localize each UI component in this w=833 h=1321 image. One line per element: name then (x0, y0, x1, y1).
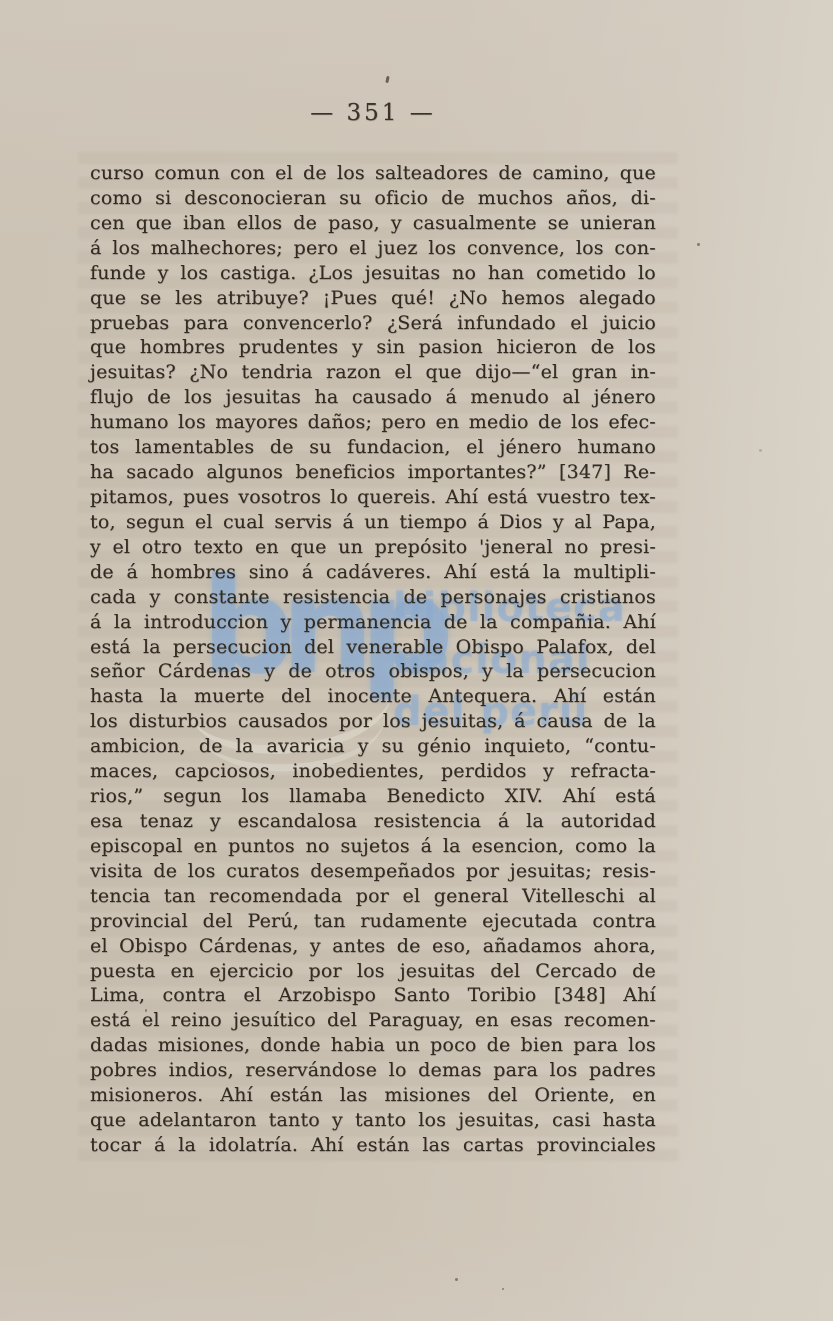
text-line: ambicion,delaavariciaysugénioinquieto,“c… (90, 734, 656, 759)
text-line: losdisturbioscausadosporlosjesuitas,ácau… (90, 709, 656, 734)
text-line: queselesatribuye?¡Puesqué!¿Nohemosalegad… (90, 286, 656, 311)
page-number: — 351 — (90, 100, 656, 126)
text-line: jesuitas?¿Notendriarazonelquedijo—“elgra… (90, 360, 656, 385)
text-line: maces,capciosos,inobedientes,perdidosyre… (90, 759, 656, 784)
text-line: yelotrotextoenqueunprepósito'jeneralnopr… (90, 535, 656, 560)
paper-speck (759, 449, 762, 452)
text-line: flujodelosjesuitashacausadoámenudoaljéne… (90, 385, 656, 410)
text-line: hastalamuertedelinocenteAntequera.Ahíest… (90, 684, 656, 709)
text-line: tenciatanrecomendadaporelgeneralVitelles… (90, 884, 656, 909)
text-line: dadasmisiones,dondehabiaunpocodebienpara… (90, 1033, 656, 1058)
text-line: queadelantarontantoytantolosjesuitas,cas… (90, 1108, 656, 1133)
text-line: cursocomunconeldelossalteadoresdecamino,… (90, 161, 656, 186)
text-line: provincialdelPerú,tanrudamenteejecutadac… (90, 909, 656, 934)
text-line: to,segunelcualservisáuntiempoáDiosyalPap… (90, 510, 656, 535)
scanned-book-page: — 351 — bnp biblioteca nacional del perú… (0, 0, 833, 1321)
text-line: álosmalhechores;peroeljuezlosconvence,lo… (90, 236, 656, 261)
text-line: álaintroduccionypermanenciadelacompañia.… (90, 610, 656, 635)
text-line: episcopalenpuntosnosujetosálaesencion,co… (90, 834, 656, 859)
text-line: deáhombressinoácadáveres.Ahíestálamultip… (90, 560, 656, 585)
text-line: puestaenejercicioporlosjesuitasdelCercad… (90, 959, 656, 984)
text-line: esatenazyescandalosaresistenciaálaautori… (90, 809, 656, 834)
text-line: misioneros.AhíestánlasmisionesdelOriente… (90, 1083, 656, 1108)
paper-speck (697, 243, 700, 246)
text-line: tocarálaidolatría.Ahíestánlascartasprovi… (90, 1133, 656, 1158)
text-line: cadayconstanteresistenciadepersonajescri… (90, 585, 656, 610)
paper-speck (502, 1288, 504, 1290)
text-line: cenqueibanellosdepaso,ycasualmenteseunie… (90, 211, 656, 236)
page-text: cursocomunconeldelossalteadoresdecamino,… (90, 161, 656, 1158)
text-line: humanolosmayoresdaños;peroenmediodelosef… (90, 410, 656, 435)
text-line: comosidesconocieransuoficiodemuchosaños,… (90, 186, 656, 211)
text-line: pitamos,puesvosotrosloquereis.Ahíestávue… (90, 485, 656, 510)
text-line: hasacadoalgunosbeneficiosimportantes?”[3… (90, 460, 656, 485)
text-line: quehombresprudentesysinpasionhicierondel… (90, 335, 656, 360)
paper-speck (455, 1278, 458, 1281)
text-line: toslamentablesdesufundacion,eljénerohuma… (90, 435, 656, 460)
text-line: fundeyloscastiga.¿Losjesuitasnohancometi… (90, 261, 656, 286)
text-line: estálapersecuciondelvenerableObispoPalaf… (90, 635, 656, 660)
text-line: visitadeloscuratosdesempeñadosporjesuita… (90, 859, 656, 884)
text-line: rios,”segunlosllamabaBenedictoXIV.Ahíest… (90, 784, 656, 809)
text-line: señorCárdenasydeotrosobispos,ylapersecuc… (90, 659, 656, 684)
text-line: pobresindios,reservándoselodemasparalosp… (90, 1058, 656, 1083)
paper-speck (385, 76, 389, 83)
text-line: pruebasparaconvencerlo?¿Seráinfundadoelj… (90, 311, 656, 336)
text-line: estáelreinojesuíticodelParaguay,enesasre… (90, 1008, 656, 1033)
paper-speck (145, 1009, 147, 1012)
text-line: elObispoCárdenas,yantesdeeso,añadamosaho… (90, 934, 656, 959)
text-line: Lima,contraelArzobispoSantoToribio[348]A… (90, 983, 656, 1008)
